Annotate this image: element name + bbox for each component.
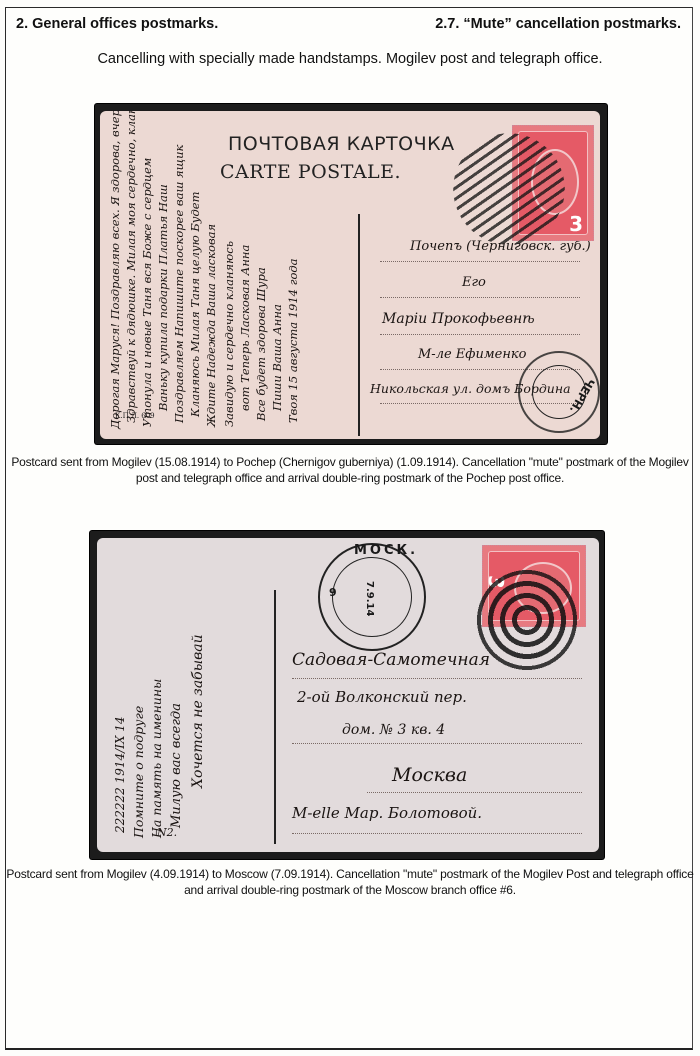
arrival-double-ring-postmark: МОСК. 7.9.14 6 [318,543,426,651]
postcard-2: 222222 1914/IX 14 Помните о подруге На п… [97,538,599,852]
message-line: На память на именины [147,679,166,838]
address-line: Марiи Прокофьевнѣ [382,311,535,327]
address-rule [380,261,580,262]
message-line: Милую вас всегда [167,703,186,828]
mute-cancellation-postmark [453,133,565,245]
message-line: Твоя 15 августа 1914 года [284,258,303,423]
address-rule [292,833,582,834]
printed-title-fr: CARTE POSTALE. [220,161,401,183]
address-rule [292,678,582,679]
caption-postcard-2: Postcard sent from Mogilev (4.09.1914) t… [0,866,700,898]
address-line: Москва [392,764,467,786]
section-title: 2. General offices postmarks. [16,16,218,32]
mute-cancellation-postmark [475,568,579,672]
message-line: Помните о подруге [129,706,148,838]
address-rule [380,297,580,298]
page-subtitle: Cancelling with specially made handstamp… [0,51,700,67]
message-line: Хочется не забывай [189,634,208,788]
postmark-date: 7.9.14 [364,581,375,616]
postmark-branch: 6 [329,585,337,598]
subsection-title: 2.7. “Mute” cancellation postmarks. [435,16,681,32]
postcard-mount-1: ПОЧТОВАЯ КАРТОЧКА CARTE POSTALE. К.П.Л. … [95,104,607,444]
address-rule [367,792,582,793]
address-line: Его [462,275,486,290]
message-line: Ждите Надежда Ваша ласковая [202,224,221,427]
arrival-double-ring-postmark: ЧЕРН. [518,351,600,433]
address-divider [358,214,360,436]
address-line: М-ле Ефименко [418,347,526,362]
address-rule [292,743,582,744]
stamp-denomination: 3 [569,212,583,236]
postcard-1: ПОЧТОВАЯ КАРТОЧКА CARTE POSTALE. К.П.Л. … [100,111,600,439]
address-line: дом. № 3 кв. 4 [342,722,445,738]
postcard-mount-2: 222222 1914/IX 14 Помните о подруге На п… [90,531,604,859]
postmark-city: МОСК. [354,543,418,558]
printed-title-ru: ПОЧТОВАЯ КАРТОЧКА [228,133,455,155]
address-line: 2-ой Волконский пер. [297,688,467,706]
address-divider [274,590,276,844]
address-line: M-elle Мар. Болотовой. [292,804,482,822]
address-line: Садовая-Самотечная [292,650,490,670]
message-signature: N2. [157,826,177,839]
caption-postcard-1: Postcard sent from Mogilev (15.08.1914) … [0,454,700,486]
message-line: 222222 1914/IX 14 [111,716,130,833]
address-rule [380,334,580,335]
